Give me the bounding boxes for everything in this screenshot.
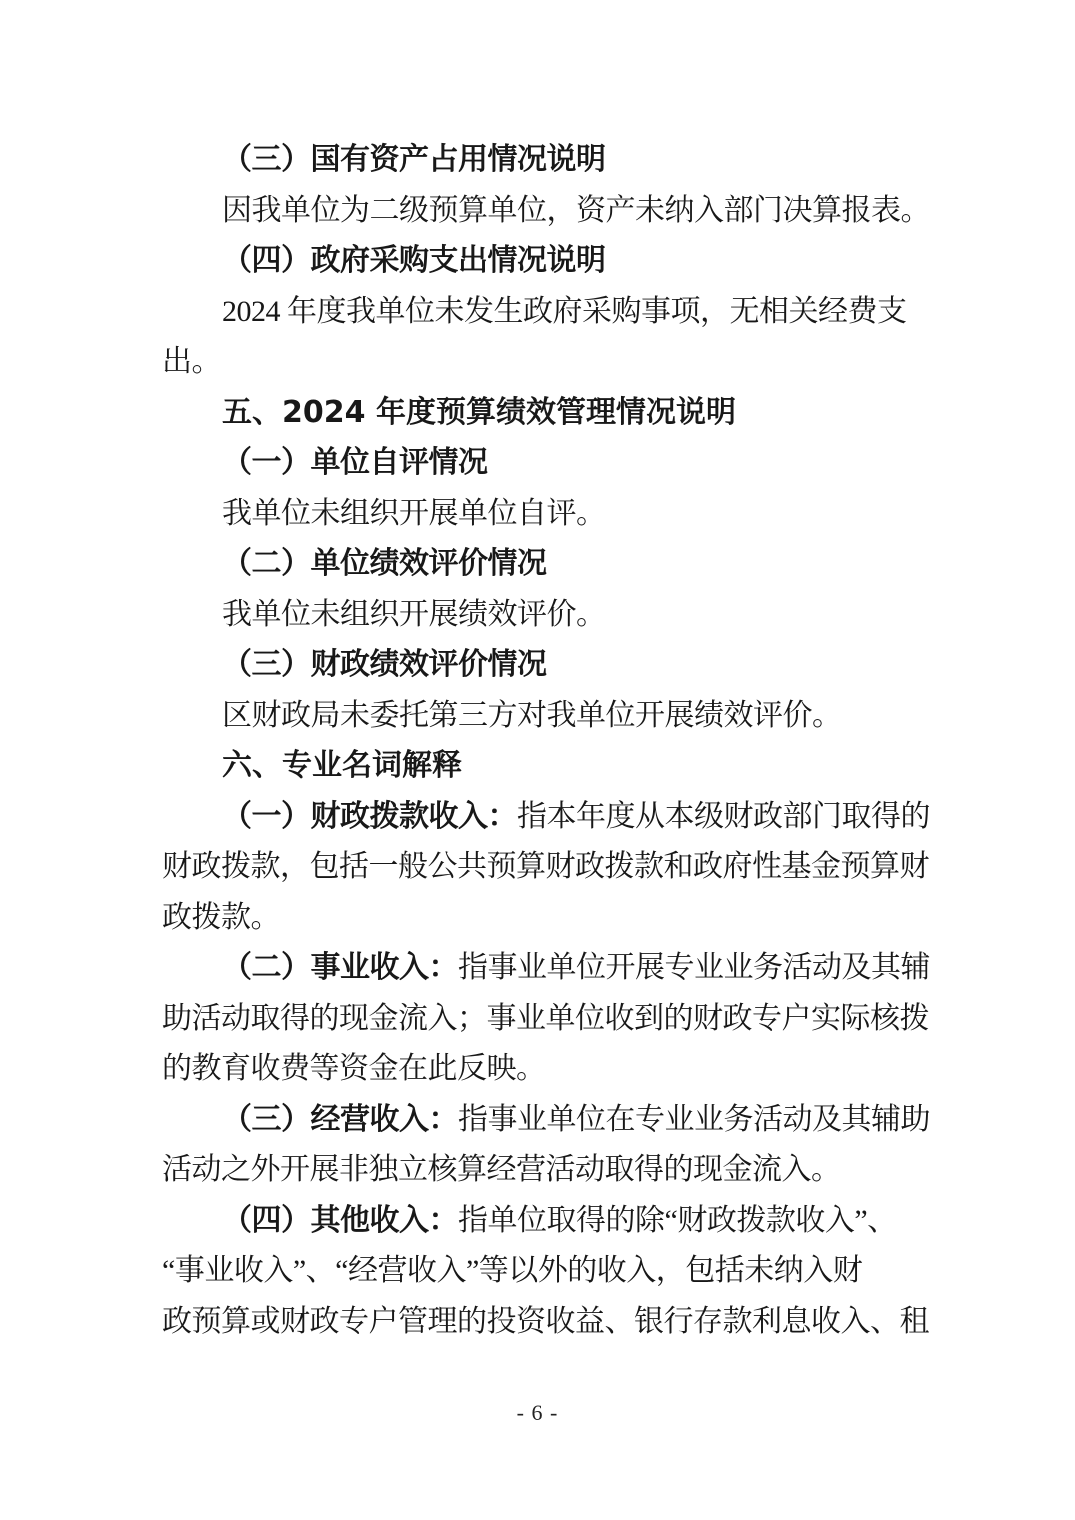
term-definition-line: （一）财政拨款收入：指本年度从本级财政部门取得的 [162, 792, 924, 843]
term-description: 指本年度从本级财政部门取得的 [517, 800, 930, 833]
paragraph-line: 我单位未组织开展单位自评。 [162, 489, 924, 540]
term-definition-line: （三）经营收入：指事业单位在专业业务活动及其辅助 [162, 1095, 924, 1146]
paragraph-line: 区财政局未委托第三方对我单位开展绩效评价。 [162, 691, 924, 742]
paragraph-line: “事业收入”、“经营收入”等以外的收入，包括未纳入财 [162, 1246, 924, 1297]
document-page: （三）国有资产占用情况说明 因我单位为二级预算单位，资产未纳入部门决算报表。 （… [0, 0, 1075, 1520]
subsection-heading: （二）单位绩效评价情况 [162, 539, 924, 590]
paragraph-line: 的教育收费等资金在此反映。 [162, 1044, 924, 1095]
paragraph-line: 因我单位为二级预算单位，资产未纳入部门决算报表。 [162, 186, 924, 237]
paragraph-line: 活动之外开展非独立核算经营活动取得的现金流入。 [162, 1145, 924, 1196]
subsection-heading: （一）单位自评情况 [162, 438, 924, 489]
term-name: （三）经营收入： [222, 1103, 458, 1136]
paragraph-line: 财政拨款，包括一般公共预算财政拨款和政府性基金预算财 [162, 842, 924, 893]
page-number: - 6 - [0, 1400, 1075, 1426]
term-description: 指事业单位开展专业业务活动及其辅 [458, 951, 930, 984]
subsection-heading: （三）财政绩效评价情况 [162, 640, 924, 691]
paragraph-line: 政拨款。 [162, 893, 924, 944]
paragraph-line: 政预算或财政专户管理的投资收益、银行存款利息收入、租 [162, 1297, 924, 1348]
paragraph-line: 助活动取得的现金流入；事业单位收到的财政专户实际核拨 [162, 994, 924, 1045]
subsection-heading: （三）国有资产占用情况说明 [162, 135, 924, 186]
term-name: （四）其他收入： [222, 1204, 458, 1237]
term-definition-line: （二）事业收入：指事业单位开展专业业务活动及其辅 [162, 943, 924, 994]
subsection-heading: （四）政府采购支出情况说明 [162, 236, 924, 287]
document-body: （三）国有资产占用情况说明 因我单位为二级预算单位，资产未纳入部门决算报表。 （… [162, 135, 924, 1347]
term-name: （一）财政拨款收入： [222, 800, 517, 833]
paragraph-line: 2024 年度我单位未发生政府采购事项，无相关经费支 [162, 287, 924, 338]
paragraph-line: 出。 [162, 337, 924, 388]
term-definition-line: （四）其他收入：指单位取得的除“财政拨款收入”、 [162, 1196, 924, 1247]
section-heading: 五、2024 年度预算绩效管理情况说明 [162, 388, 924, 439]
paragraph-line: 我单位未组织开展绩效评价。 [162, 590, 924, 641]
term-name: （二）事业收入： [222, 951, 458, 984]
section-heading: 六、专业名词解释 [162, 741, 924, 792]
term-description: 指单位取得的除“财政拨款收入”、 [458, 1204, 897, 1237]
term-description: 指事业单位在专业业务活动及其辅助 [458, 1103, 930, 1136]
